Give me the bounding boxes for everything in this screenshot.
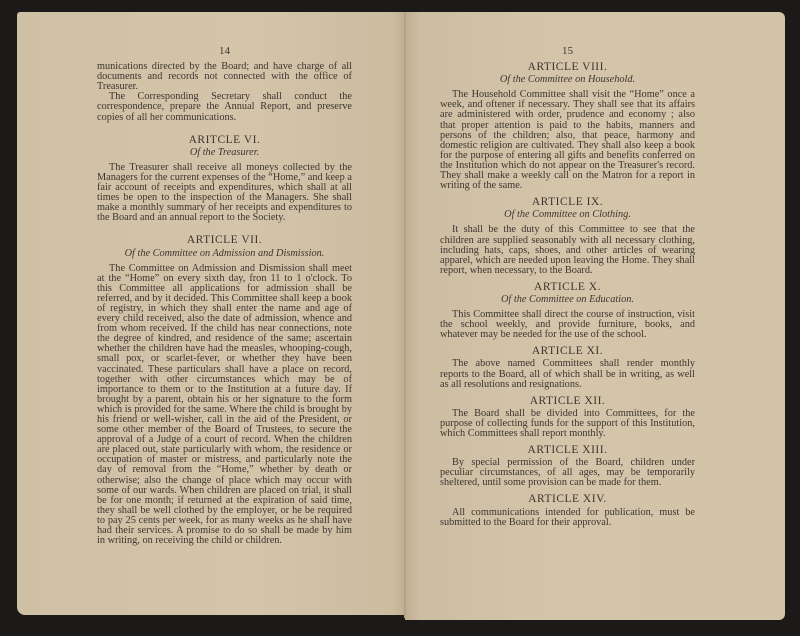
article-body: All communications intended for publicat… (440, 508, 695, 528)
article-subtitle: Of the Committee on Admission and Dismis… (97, 249, 352, 259)
page-number: 14 (97, 46, 352, 56)
article-subtitle: Of the Committee on Education. (440, 295, 695, 305)
article-heading: ARTICLE X. (440, 282, 695, 292)
article-heading: ARTICLE XII. (440, 396, 695, 406)
page-number: 15 (440, 46, 695, 56)
article-subtitle: Of the Treasurer. (97, 148, 352, 158)
right-page: 15 ARTICLE VIII. Of the Committee on Hou… (405, 12, 785, 620)
paragraph: The Corresponding Secretary shall conduc… (97, 92, 352, 122)
paragraph: munications directed by the Board; and h… (97, 62, 352, 92)
left-page: 14 munications directed by the Board; an… (17, 12, 405, 615)
right-page-text: 15 ARTICLE VIII. Of the Committee on Hou… (440, 46, 695, 528)
article-body: It shall be the duty of this Committee t… (440, 225, 695, 275)
book-spine (404, 12, 406, 618)
article-heading: ARTICLE XI. (440, 346, 695, 356)
article-heading: ARTICLE VII. (97, 235, 352, 245)
article-body: This Committee shall direct the course o… (440, 310, 695, 340)
article-subtitle: Of the Committee on Household. (440, 75, 695, 85)
article-heading: ARTICLE VIII. (440, 62, 695, 72)
article-subtitle: Of the Committee on Clothing. (440, 210, 695, 220)
article-heading: ARTICLE XIV. (440, 494, 695, 504)
article-body: The Treasurer shall receive all moneys c… (97, 163, 352, 224)
article-body: By special permission of the Board, chil… (440, 458, 695, 488)
left-page-text: 14 munications directed by the Board; an… (97, 46, 352, 546)
article-heading: ARTICLE XIII. (440, 445, 695, 455)
article-body: The Board shall be divided into Committe… (440, 409, 695, 439)
article-body: The Committee on Admission and Dismissio… (97, 264, 352, 547)
article-heading: ARTICLE IX. (440, 197, 695, 207)
article-body: The above named Committees shall render … (440, 359, 695, 389)
article-body: The Household Committee shall visit the … (440, 90, 695, 191)
article-heading: ARITCLE VI. (97, 135, 352, 145)
